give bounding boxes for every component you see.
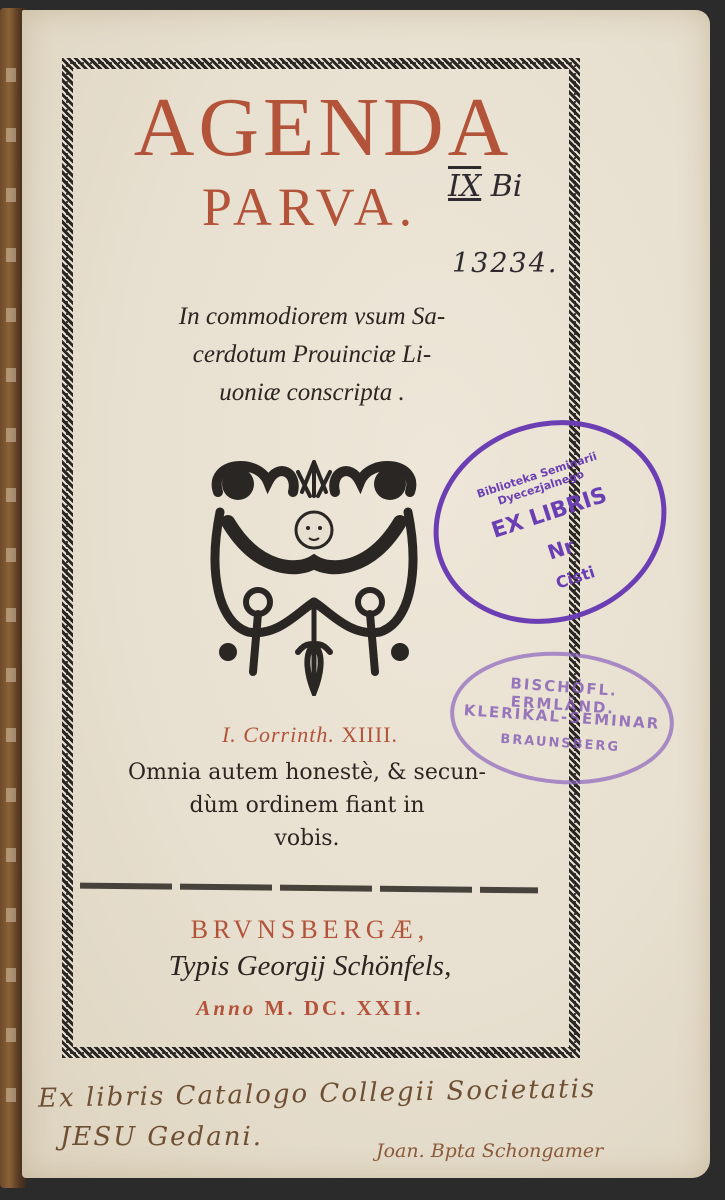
citation-book: I. Corrinth.	[222, 722, 335, 747]
title-line-2: PARVA.	[170, 180, 450, 234]
shelfmark-roman: IX	[448, 169, 481, 204]
motto-line: vobis.	[92, 822, 522, 855]
subtitle-line: uoniæ conscripta .	[112, 374, 512, 412]
call-number: 13234.	[452, 248, 558, 279]
subtitle-line: In commodiorem vsum Sa-	[112, 298, 512, 336]
cherub-woodcut-ornament-icon	[198, 452, 430, 696]
motto-line: Omnia autem honestè, & secun-	[92, 756, 522, 789]
spine-wear	[6, 68, 16, 1118]
motto-line: dùm ordinem fiant in	[92, 789, 522, 822]
title-line-1: AGENDA	[88, 86, 558, 170]
imprint-city: BRVNSBERGÆ,	[150, 915, 470, 945]
shelfmark-letters: Bi	[491, 169, 523, 204]
stamp-text: BRAUNSBERG	[452, 728, 669, 758]
subtitle: In commodiorem vsum Sa- cerdotum Prouinc…	[112, 298, 512, 412]
scripture-citation: I. Corrinth. XIIII.	[160, 722, 460, 748]
imprint-printer: Typis Georgij Schönfels,	[120, 950, 500, 983]
imprint-year: Anno M. DC. XXII.	[160, 996, 460, 1021]
shelfmark: IX Bi	[448, 172, 522, 202]
owner-signature: Joan. Bpta Schongamer	[376, 1140, 706, 1162]
motto: Omnia autem honestè, & secun- dùm ordine…	[92, 756, 522, 855]
provenance-inscription: JESU Gedani.	[60, 1122, 340, 1152]
citation-chapter: XIIII.	[341, 722, 398, 747]
imprint-year-value: M. DC. XXII.	[265, 996, 424, 1020]
subtitle-line: cerdotum Prouinciæ Li-	[112, 336, 512, 374]
imprint-year-prefix: Anno	[196, 996, 256, 1020]
